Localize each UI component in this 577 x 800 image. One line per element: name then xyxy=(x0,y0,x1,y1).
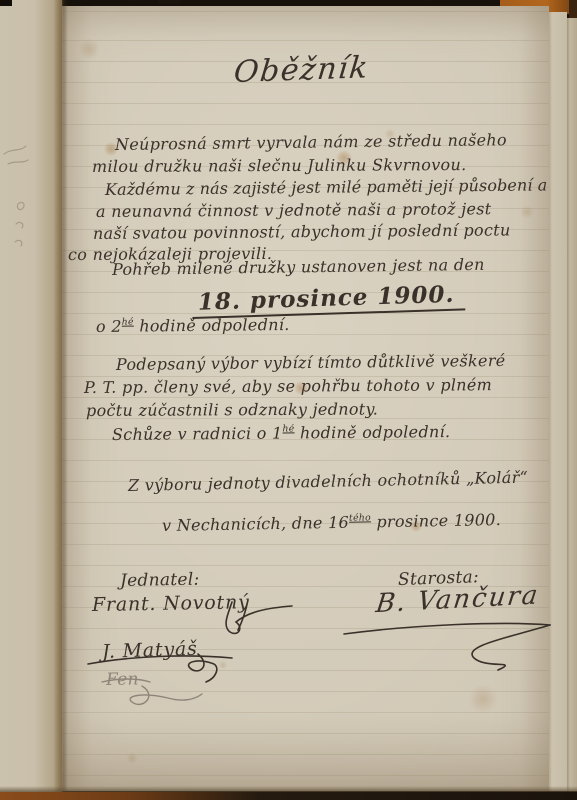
page-edge xyxy=(549,12,567,791)
body-line: P. T. pp. členy své, aby se pohřbu tohot… xyxy=(84,377,492,396)
body-line: Neúprosná smrt vyrvala nám ze středu naš… xyxy=(115,132,507,153)
funeral-time: o 2hé hodině odpolední. xyxy=(96,316,290,335)
shadow-patch xyxy=(0,0,12,6)
secretary-label: Jednatel: xyxy=(120,572,200,590)
body-line: Každému z nás zajisté jest milé paměti j… xyxy=(105,177,548,198)
body-line: milou družku naši slečnu Julinku Skvrnov… xyxy=(92,157,467,175)
page-edge xyxy=(567,18,577,791)
meeting-line: Schůze v radnici o 1hé hodině odpolední. xyxy=(112,423,450,443)
time-text: hodině odpolední. xyxy=(134,315,290,336)
document-photo: Oběžník Neúprosná smrt vyrvala nám ze st… xyxy=(0,0,577,800)
place-date-text: prosince 1900. xyxy=(371,510,501,531)
meeting-text: Schůze v radnici o 1 xyxy=(112,424,283,444)
shadow-patch xyxy=(158,0,180,4)
time-text: o 2 xyxy=(96,317,122,336)
place-date-text: v Nechanicích, dne 16 xyxy=(162,513,349,535)
ordinal-superscript: hé xyxy=(122,317,134,328)
body-line: naší svatou povinností, abychom jí posle… xyxy=(93,222,511,242)
wooden-table-strip xyxy=(0,792,577,800)
secretary-signature: Frant. Novotný xyxy=(92,593,250,615)
body-line: a neunavná činnost v jednotě naši a prot… xyxy=(96,201,492,220)
ordinal-superscript: hé xyxy=(282,423,294,434)
underlying-page-edge xyxy=(0,0,62,792)
binding-crease xyxy=(54,0,68,792)
meeting-text: hodině odpolední. xyxy=(295,422,451,442)
ordinal-superscript: tého xyxy=(349,512,371,523)
body-line: počtu zúčastnili s odznaky jednoty. xyxy=(86,401,378,419)
body-line: Podepsaný výbor vybízí tímto důtklivě ve… xyxy=(116,353,506,373)
document-title: Oběžník xyxy=(232,53,370,88)
pencil-initials: Fen xyxy=(106,671,139,689)
witness-signature: J. Matyáš xyxy=(102,640,198,662)
